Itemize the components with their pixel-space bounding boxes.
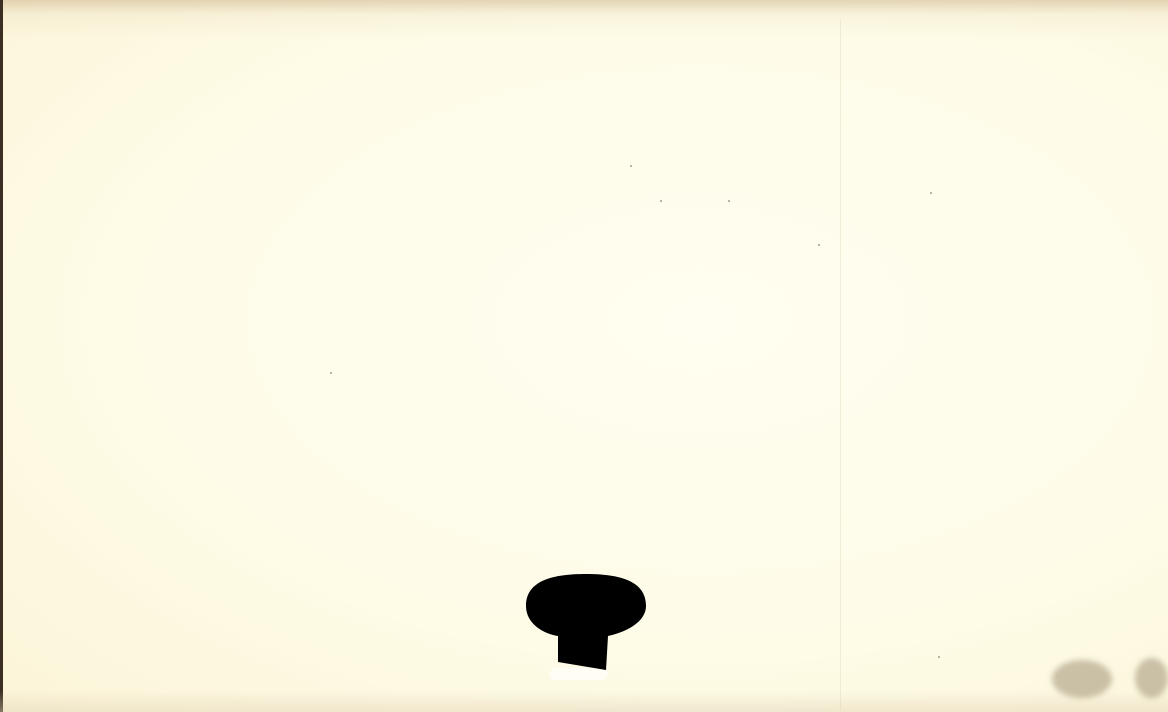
speck bbox=[660, 200, 662, 202]
stain-mark bbox=[1052, 660, 1112, 698]
keyhole-punch-icon bbox=[524, 570, 648, 680]
faint-vertical-rule bbox=[840, 20, 841, 710]
speck bbox=[930, 192, 932, 194]
blank-index-card bbox=[0, 0, 1168, 712]
card-left-edge bbox=[0, 0, 3, 712]
card-bottom-edge bbox=[0, 690, 1168, 712]
speck bbox=[630, 165, 632, 167]
speck bbox=[818, 244, 820, 246]
speck bbox=[330, 372, 332, 374]
speck bbox=[728, 200, 730, 202]
speck bbox=[938, 656, 940, 658]
stain-mark bbox=[1135, 658, 1168, 698]
